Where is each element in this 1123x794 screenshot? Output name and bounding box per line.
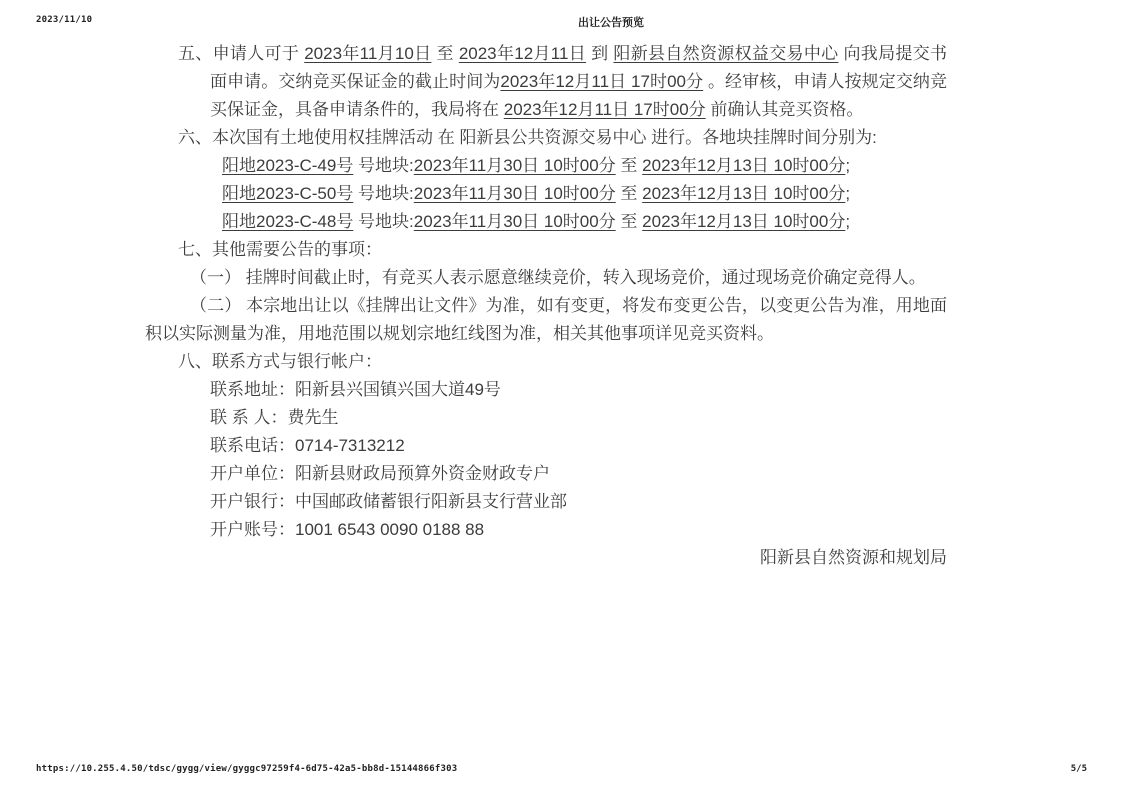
print-preview-page: 2023/11/10 出让公告预览 五、申请人可于 2023年11月10日 至 … [0, 0, 1123, 794]
plot-line: 阳地2023-C-49号 号地块:2023年11月30日 10时00分 至 20… [145, 152, 947, 180]
section-five: 五、申请人可于 2023年11月10日 至 2023年12月11日 到 阳新县自… [145, 40, 947, 124]
header-date: 2023/11/10 [36, 15, 92, 25]
underlined-datetime: 2023年12月11日 17时00分 [500, 72, 703, 91]
contact-address-line: 联系地址：阳新县兴国镇兴国大道49号 [145, 376, 947, 404]
underlined-datetime: 2023年11月30日 10时00分 [414, 156, 616, 175]
underlined-datetime: 2023年12月11日 17时00分 [504, 100, 706, 119]
underlined-lot-number: 阳地2023-C-49号 [222, 156, 353, 175]
plot-line: 阳地2023-C-50号 号地块:2023年11月30日 10时00分 至 20… [145, 180, 947, 208]
text-run: 号地块: [353, 184, 413, 203]
text-run: 号地块: [353, 156, 413, 175]
contact-label: 开户银行： [210, 492, 295, 511]
text-run: ; [845, 184, 850, 203]
contact-label: 开户单位： [210, 464, 295, 483]
text-run: 至 [616, 184, 642, 203]
text-run: 本次国有土地使用权挂牌活动 在 阳新县公共资源交易中心 进行。各地块挂牌时间分别… [212, 128, 877, 147]
section-seven-marker: 七、 [178, 240, 212, 259]
contact-label: 联 系 人： [210, 408, 287, 427]
text-run: 前确认其竞买资格。 [706, 100, 864, 119]
underlined-date: 2023年11月10日 [304, 44, 431, 63]
section-six-marker: 六、 [178, 128, 212, 147]
account-number-line: 开户账号：1001 6543 0090 0188 88 [145, 516, 947, 544]
underlined-datetime: 2023年11月30日 10时00分 [414, 212, 616, 231]
footer-page-number: 5/5 [1071, 764, 1087, 774]
underlined-lot-number: 阳地2023-C-50号 [222, 184, 353, 203]
contact-value: 1001 6543 0090 0188 88 [295, 520, 484, 539]
text-run: ; [845, 156, 850, 175]
contact-label: 开户账号： [210, 520, 295, 539]
contact-value: 中国邮政储蓄银行阳新县支行营业部 [295, 492, 567, 511]
section-five-marker: 五、 [178, 44, 213, 63]
section-six: 六、本次国有土地使用权挂牌活动 在 阳新县公共资源交易中心 进行。各地块挂牌时间… [145, 124, 947, 152]
text-run: ; [845, 212, 850, 231]
footer-url: https://10.255.4.50/tdsc/gygg/view/gyggc… [36, 764, 457, 774]
underlined-date: 2023年12月11日 [459, 44, 586, 63]
header-title: 出让公告预览 [578, 14, 644, 30]
underlined-datetime: 2023年11月30日 10时00分 [414, 184, 616, 203]
contact-value: 阳新县兴国镇兴国大道49号 [295, 380, 501, 399]
contact-value: 费先生 [287, 408, 338, 427]
text-run: 号地块: [353, 212, 413, 231]
section-eight: 八、联系方式与银行帐户： [145, 348, 947, 376]
contact-value: 0714-7313212 [295, 436, 405, 455]
section-eight-marker: 八、 [178, 352, 212, 371]
text-run: 到 [586, 44, 613, 63]
section-seven: 七、其他需要公告的事项： [145, 236, 947, 264]
document-body: 五、申请人可于 2023年11月10日 至 2023年12月11日 到 阳新县自… [145, 40, 947, 572]
text-run: 至 [616, 212, 642, 231]
text-run: 至 [616, 156, 642, 175]
contact-label: 联系电话： [210, 436, 295, 455]
section-seven-item-1: （一） 挂牌时间截止时，有竞买人表示愿意继续竞价，转入现场竞价，通过现场竞价确定… [145, 264, 947, 292]
contact-value: 阳新县财政局预算外资金财政专户 [295, 464, 550, 483]
issuer-signature: 阳新县自然资源和规划局 [145, 544, 947, 572]
text-run: 申请人可于 [213, 44, 305, 63]
underlined-datetime: 2023年12月13日 10时00分 [642, 156, 845, 175]
contact-person-line: 联 系 人：费先生 [145, 404, 947, 432]
contact-phone-line: 联系电话：0714-7313212 [145, 432, 947, 460]
underlined-lot-number: 阳地2023-C-48号 [222, 212, 353, 231]
text-run: 其他需要公告的事项： [212, 240, 382, 259]
bank-name-line: 开户银行：中国邮政储蓄银行阳新县支行营业部 [145, 488, 947, 516]
section-seven-item-2: （二） 本宗地出让以《挂牌出让文件》为准，如有变更，将发布变更公告，以变更公告为… [145, 292, 947, 348]
text-run: 至 [431, 44, 458, 63]
plot-line: 阳地2023-C-48号 号地块:2023年11月30日 10时00分 至 20… [145, 208, 947, 236]
underlined-datetime: 2023年12月13日 10时00分 [642, 184, 845, 203]
underlined-org-name: 阳新县自然资源权益交易中心 [613, 44, 838, 63]
contact-label: 联系地址： [210, 380, 295, 399]
text-run: 联系方式与银行帐户： [212, 352, 382, 371]
underlined-datetime: 2023年12月13日 10时00分 [642, 212, 845, 231]
account-holder-line: 开户单位：阳新县财政局预算外资金财政专户 [145, 460, 947, 488]
